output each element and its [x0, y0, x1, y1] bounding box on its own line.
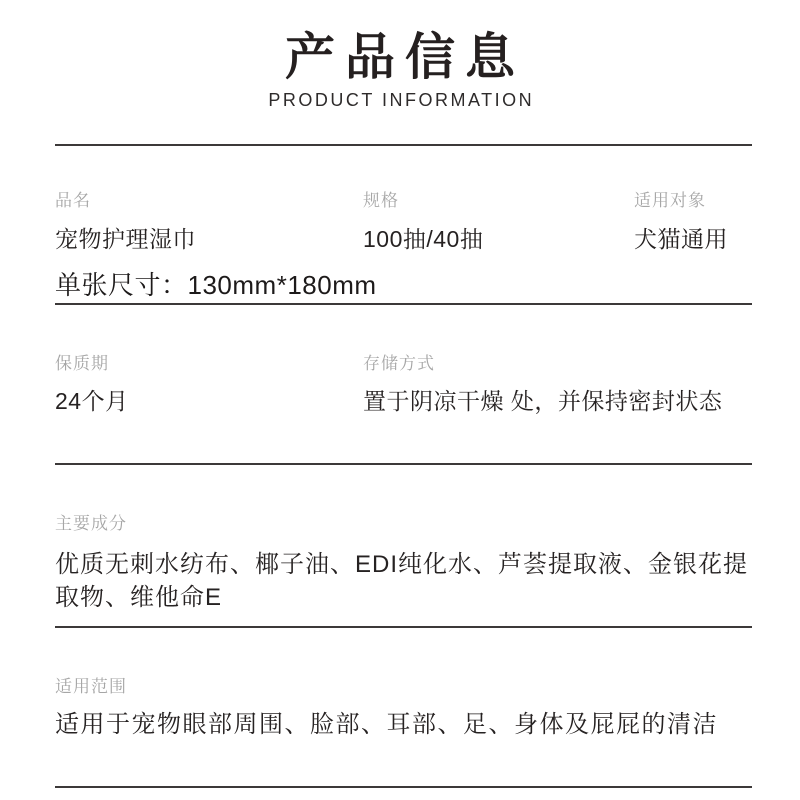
section-basic-info: 品名 宠物护理湿巾 规格 100抽/40抽 适用对象 犬猫通用 单张尺寸：130…: [55, 146, 752, 303]
spec-product-name: 品名 宠物护理湿巾: [55, 192, 363, 251]
spec-row-1: 品名 宠物护理湿巾 规格 100抽/40抽 适用对象 犬猫通用: [55, 192, 752, 251]
page-header: 产品信息 PRODUCT INFORMATION: [0, 0, 800, 144]
product-name-label: 品名: [55, 192, 363, 209]
product-specs: 品名 宠物护理湿巾 规格 100抽/40抽 适用对象 犬猫通用 单张尺寸：130…: [55, 144, 752, 788]
page-subtitle: PRODUCT INFORMATION: [0, 90, 800, 112]
specification-label: 规格: [363, 192, 634, 209]
scope-value: 适用于宠物眼部周围、脸部、耳部、足、身体及屁屁的清洁: [55, 713, 752, 737]
page-title: 产品信息: [0, 30, 800, 85]
specification-value: 100抽/40抽: [363, 228, 634, 251]
spec-shelf-life: 保质期 24个月: [55, 355, 363, 413]
spec-storage-method: 存储方式 置于阴凉干燥 处，并保持密封状态: [363, 355, 752, 413]
product-information-page: 产品信息 PRODUCT INFORMATION 品名 宠物护理湿巾 规格 10…: [0, 0, 800, 800]
spec-specification: 规格 100抽/40抽: [363, 192, 634, 251]
spec-applicable-target: 适用对象 犬猫通用: [634, 192, 752, 251]
ingredients-label: 主要成分: [55, 515, 752, 532]
divider-bottom: [55, 786, 752, 788]
section-ingredients: 主要成分 优质无刺水纺布、椰子油、EDI纯化水、芦荟提取液、金银花提 取物、维他…: [55, 465, 752, 626]
storage-method-value: 置于阴凉干燥 处，并保持密封状态: [363, 390, 752, 413]
product-name-value: 宠物护理湿巾: [55, 228, 363, 251]
sheet-size-text: 单张尺寸：130mm*180mm: [55, 272, 752, 298]
applicable-target-value: 犬猫通用: [634, 228, 752, 251]
scope-label: 适用范围: [55, 678, 752, 695]
storage-method-label: 存储方式: [363, 355, 752, 372]
section-storage: 保质期 24个月 存储方式 置于阴凉干燥 处，并保持密封状态: [55, 305, 752, 463]
ingredients-value: 优质无刺水纺布、椰子油、EDI纯化水、芦荟提取液、金银花提 取物、维他命E: [55, 548, 752, 614]
section-scope: 适用范围 适用于宠物眼部周围、脸部、耳部、足、身体及屁屁的清洁: [55, 628, 752, 786]
shelf-life-value: 24个月: [55, 390, 363, 413]
shelf-life-label: 保质期: [55, 355, 363, 372]
applicable-target-label: 适用对象: [634, 192, 752, 209]
spec-row-2: 保质期 24个月 存储方式 置于阴凉干燥 处，并保持密封状态: [55, 355, 752, 413]
